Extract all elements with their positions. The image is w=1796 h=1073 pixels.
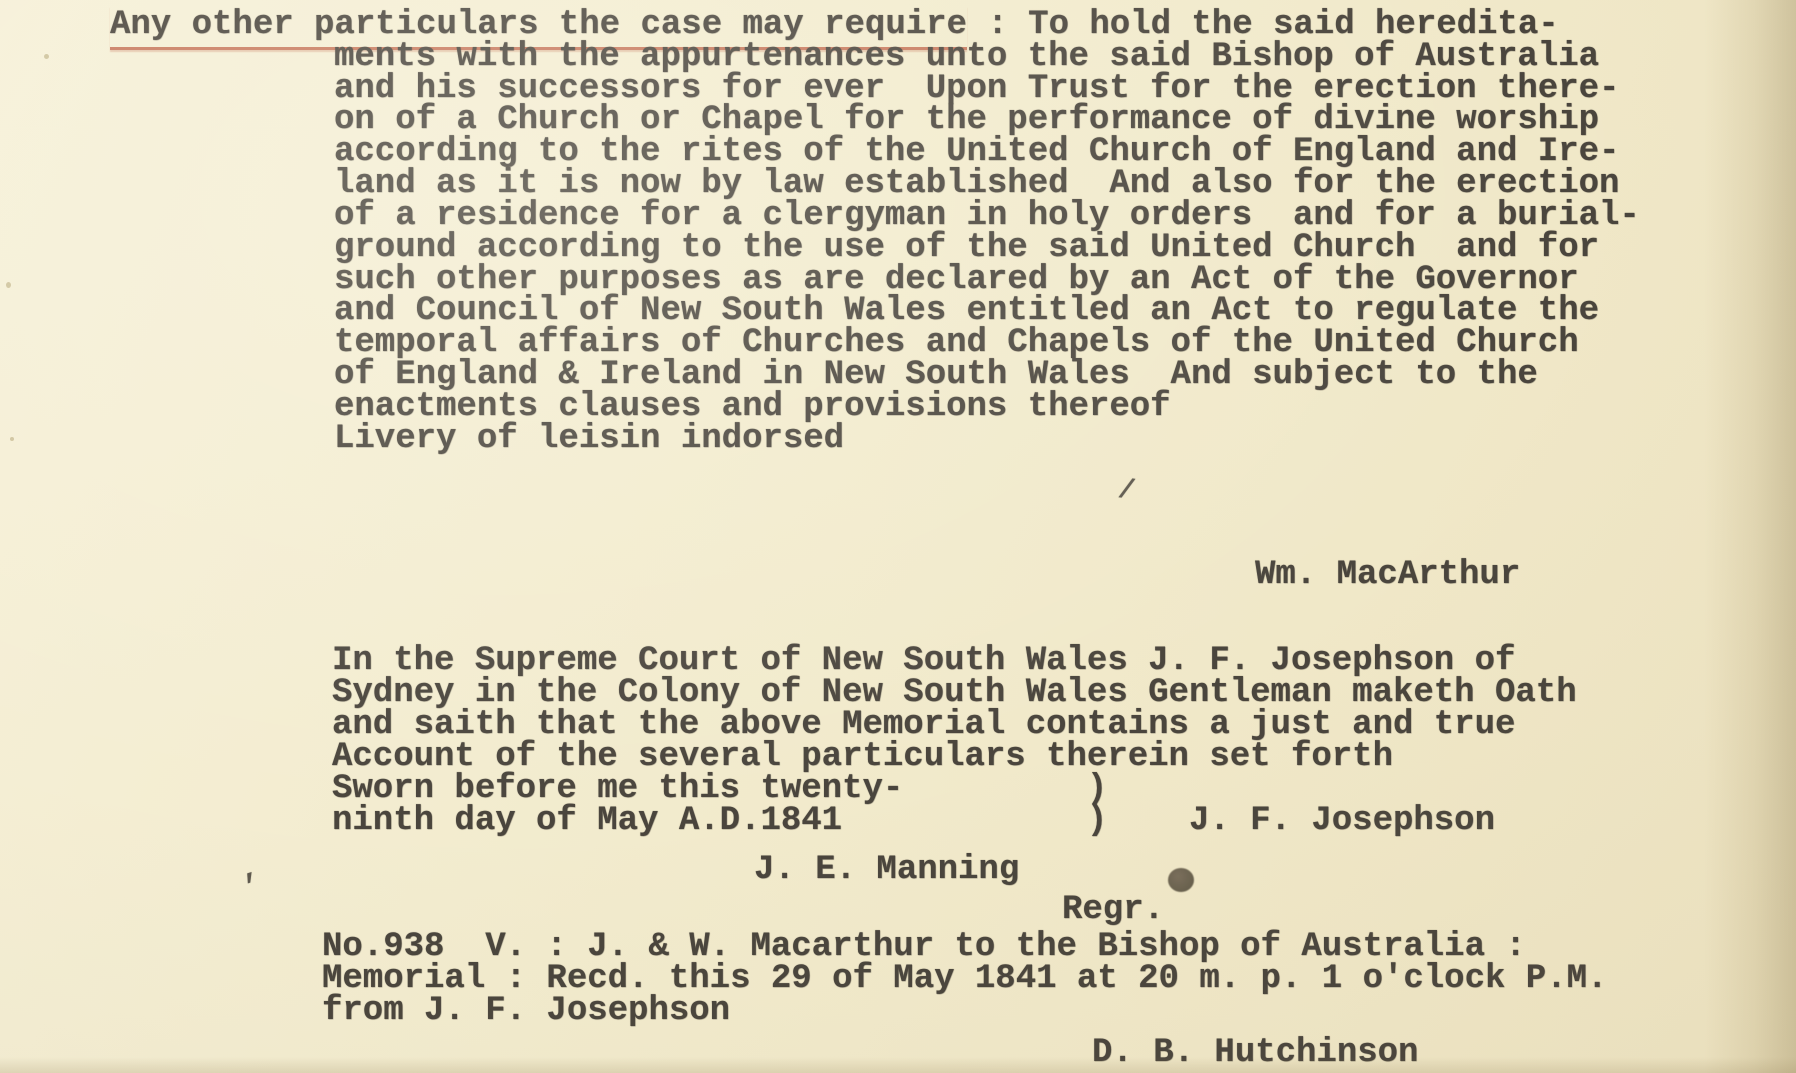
memorial-line: Livery of leisin indorsed [334,420,844,458]
stray-slash-mark: / [1116,477,1137,507]
paper-speck [10,437,14,441]
stray-tick-mark: , [236,854,262,886]
signature-hutchinson: D. B. Hutchinson [1092,1034,1418,1072]
paper-speck [44,54,49,59]
ink-blot [1168,868,1194,892]
paper-edge-shadow-right [1704,0,1796,1073]
paper-speck [6,282,11,288]
paper-edge-shadow-bottom [0,1057,1796,1073]
signature-manning-title: Regr. [1062,891,1164,929]
signature-macarthur: Wm. MacArthur [1255,556,1520,594]
document-page: Any other particulars the case may requi… [0,0,1796,1073]
registration-line: from J. F. Josephson [322,992,730,1030]
signature-manning: J. E. Manning [754,851,1019,889]
oath-line: ninth day of May A.D.1841 ) J. F. Joseph… [332,802,1495,840]
